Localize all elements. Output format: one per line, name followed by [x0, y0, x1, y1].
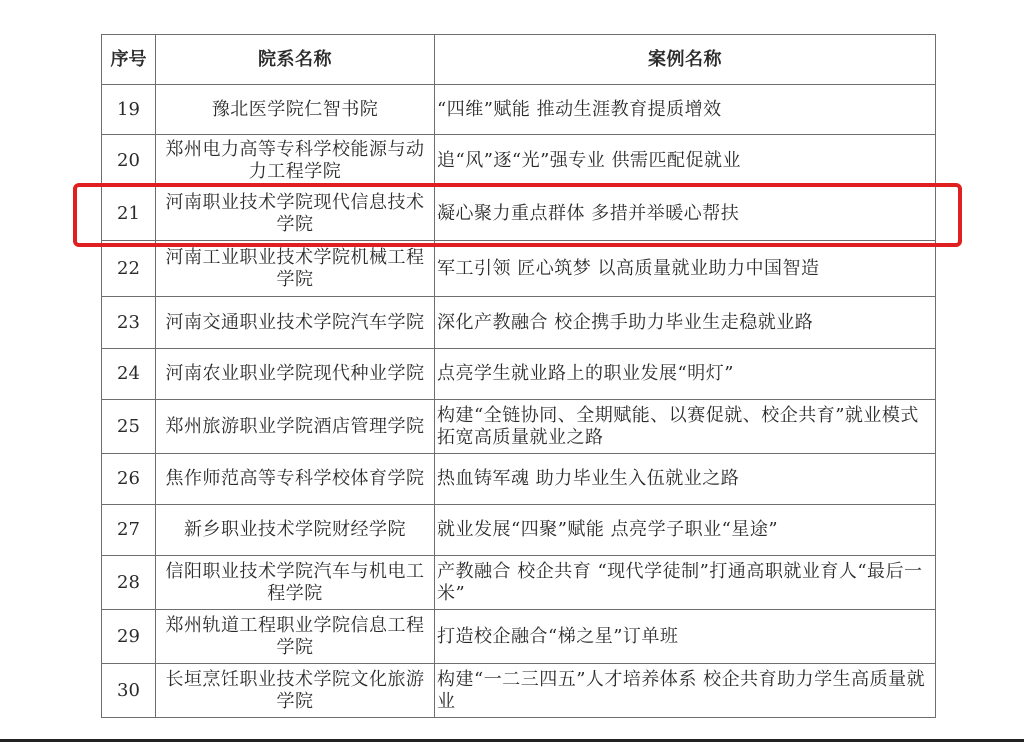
row-dept: 焦作师范高等专科学校体育学院 — [156, 454, 435, 505]
row-no: 26 — [102, 454, 156, 505]
row-no: 19 — [102, 85, 156, 135]
table-row: 24河南农业职业学院现代种业学院点亮学生就业路上的职业发展“明灯” — [102, 349, 936, 400]
row-no: 20 — [102, 135, 156, 187]
row-dept: 河南农业职业学院现代种业学院 — [156, 349, 435, 400]
table-row: 29郑州轨道工程职业学院信息工程学院打造校企融合“梯之星”订单班 — [102, 610, 936, 664]
row-no: 23 — [102, 297, 156, 349]
row-no: 30 — [102, 664, 156, 718]
header-dept: 院系名称 — [156, 35, 435, 85]
row-no: 27 — [102, 505, 156, 556]
row-case: 军工引领 匠心筑梦 以高质量就业助力中国智造 — [435, 241, 936, 297]
row-dept: 信阳职业技术学院汽车与机电工程学院 — [156, 556, 435, 610]
row-case: “四维”赋能 推动生涯教育提质增效 — [435, 85, 936, 135]
table-row: 27新乡职业技术学院财经学院就业发展“四聚”赋能 点亮学子职业“星途” — [102, 505, 936, 556]
row-no: 24 — [102, 349, 156, 400]
row-dept: 河南工业职业技术学院机械工程学院 — [156, 241, 435, 297]
table-row: 23河南交通职业技术学院汽车学院深化产教融合 校企携手助力毕业生走稳就业路 — [102, 297, 936, 349]
row-case: 追“风”逐“光”强专业 供需匹配促就业 — [435, 135, 936, 187]
row-dept: 长垣烹饪职业技术学院文化旅游学院 — [156, 664, 435, 718]
row-no: 22 — [102, 241, 156, 297]
row-case: 产教融合 校企共育 “现代学徒制”打通高职就业育人“最后一米” — [435, 556, 936, 610]
row-case: 凝心聚力重点群体 多措并举暖心帮扶 — [435, 187, 936, 241]
row-case: 构建“全链协同、全期赋能、以赛促就、校企共育”就业模式 拓宽高质量就业之路 — [435, 400, 936, 454]
row-case: 热血铸军魂 助力毕业生入伍就业之路 — [435, 454, 936, 505]
row-no: 21 — [102, 187, 156, 241]
row-case: 就业发展“四聚”赋能 点亮学子职业“星途” — [435, 505, 936, 556]
row-dept: 新乡职业技术学院财经学院 — [156, 505, 435, 556]
table-row: 26焦作师范高等专科学校体育学院热血铸军魂 助力毕业生入伍就业之路 — [102, 454, 936, 505]
row-dept: 河南交通职业技术学院汽车学院 — [156, 297, 435, 349]
row-no: 25 — [102, 400, 156, 454]
table-header-row: 序号 院系名称 案例名称 — [102, 35, 936, 85]
table-row: 19豫北医学院仁智书院“四维”赋能 推动生涯教育提质增效 — [102, 85, 936, 135]
row-case: 点亮学生就业路上的职业发展“明灯” — [435, 349, 936, 400]
row-dept: 郑州电力高等专科学校能源与动力工程学院 — [156, 135, 435, 187]
table-row: 20郑州电力高等专科学校能源与动力工程学院追“风”逐“光”强专业 供需匹配促就业 — [102, 135, 936, 187]
table-row: 30长垣烹饪职业技术学院文化旅游学院构建“一二三四五”人才培养体系 校企共育助力… — [102, 664, 936, 718]
row-case: 构建“一二三四五”人才培养体系 校企共育助力学生高质量就业 — [435, 664, 936, 718]
header-case: 案例名称 — [435, 35, 936, 85]
row-dept: 豫北医学院仁智书院 — [156, 85, 435, 135]
table-row: 25郑州旅游职业学院酒店管理学院构建“全链协同、全期赋能、以赛促就、校企共育”就… — [102, 400, 936, 454]
row-no: 28 — [102, 556, 156, 610]
row-dept: 河南职业技术学院现代信息技术学院 — [156, 187, 435, 241]
table-row: 22河南工业职业技术学院机械工程学院军工引领 匠心筑梦 以高质量就业助力中国智造 — [102, 241, 936, 297]
row-dept: 郑州旅游职业学院酒店管理学院 — [156, 400, 435, 454]
case-list-table: 序号 院系名称 案例名称 19豫北医学院仁智书院“四维”赋能 推动生涯教育提质增… — [101, 34, 936, 718]
row-no: 29 — [102, 610, 156, 664]
row-case: 深化产教融合 校企携手助力毕业生走稳就业路 — [435, 297, 936, 349]
row-dept: 郑州轨道工程职业学院信息工程学院 — [156, 610, 435, 664]
table-row: 28信阳职业技术学院汽车与机电工程学院产教融合 校企共育 “现代学徒制”打通高职… — [102, 556, 936, 610]
row-case: 打造校企融合“梯之星”订单班 — [435, 610, 936, 664]
table-body: 19豫北医学院仁智书院“四维”赋能 推动生涯教育提质增效20郑州电力高等专科学校… — [102, 85, 936, 718]
table-row: 21河南职业技术学院现代信息技术学院凝心聚力重点群体 多措并举暖心帮扶 — [102, 187, 936, 241]
page-bottom-divider — [0, 739, 1024, 742]
header-no: 序号 — [102, 35, 156, 85]
